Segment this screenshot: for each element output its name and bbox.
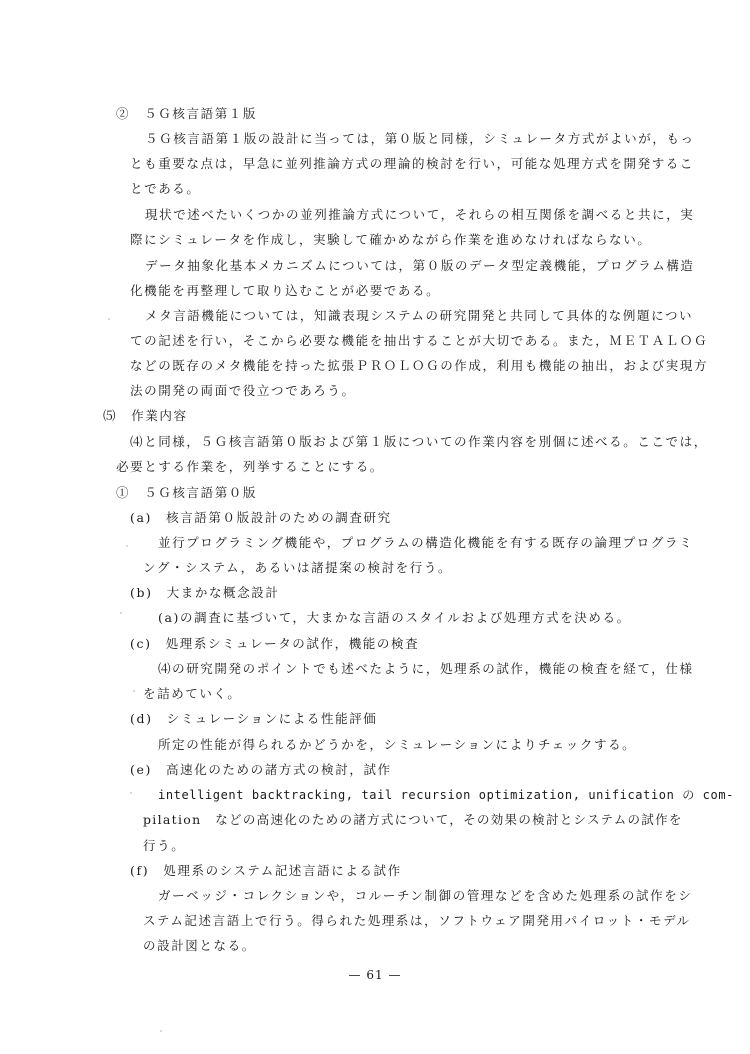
section-heading-work: ⑸ 作業内容 [103,408,188,424]
paragraph-line: ステム記述言語上で行う。得られた処理系は，ソフトウェア開発用パイロット・モデル [143,913,691,929]
scan-speck [126,545,128,547]
paragraph-line: データ抽象化基本メカニズムについては，第０版のデータ型定義機能，プログラム構造 [145,258,695,274]
paragraph-line: 現状で述べたいくつかの並列推論方式について，それらの相互関係を調べると共に，実 [145,207,694,223]
page-number: — 61 — [0,968,750,982]
paragraph-line: ⑷と同様，５Ｇ核言語第０版および第１版についての作業内容を別個に述べる。ここでは… [130,434,708,450]
item-heading-d: (d) シミュレーションによる性能評価 [130,711,377,727]
paragraph-line: を詰めていく。 [143,686,241,702]
paragraph-line: 行う。 [143,838,185,854]
paragraph-line: とも重要な点は，早急に並列推論方式の理論的検討を行い，可能な処理方式を開発するこ [130,156,694,172]
paragraph-line: 並行プログラミング機能や，プログラムの構造化機能を有する既存の論理プログラミ [158,535,693,551]
paragraph-line: ５Ｇ核言語第１版の設計に当っては，第０版と同様，シミュレータ方式がよいが，もっ [145,131,695,147]
paragraph-line: 法の開発の両面で役立つであろう。 [130,383,356,399]
paragraph-line: ング・システム，あるいは諸提案の検討を行う。 [143,560,452,576]
scan-speck [120,612,122,614]
paragraph-line: 化機能を再整理して取り込むことが必要である。 [130,283,440,299]
scan-speck [160,1030,162,1032]
item-heading-e: (e) 高速化のための諸方式の検討，試作 [130,762,392,778]
item-heading-c: (c) 処理系シミュレータの試作，機能の検査 [130,636,419,652]
paragraph-line: ガーベッジ・コレクションや，コルーチン制御の管理などを含めた処理系の試作をシ [158,888,692,904]
paragraph-line: ⑷の研究開発のポイントでも述べたように，処理系の試作，機能の検査を経て，仕様 [158,661,694,677]
paragraph-line: intelligent backtracking, tail recursion… [158,787,734,803]
paragraph-line: メタ言語機能については，知識表現システムの研究開発と共同して具体的な例題につい [145,308,693,324]
paragraph-line: ての記述を行い，そこから必要な機能を抽出することが大切である。また，ＭＥＴＡＬＯ… [130,333,708,349]
paragraph-line: (a)の調査に基づいて，大まかな言語のスタイルおよび処理方式を決める。 [158,610,631,626]
scan-speck [133,690,135,692]
paragraph-line: pilation などの高速化のための諸方式について，その効果の検討とシステムの… [143,812,683,828]
item-heading-f: (f) 処理系のシステム記述言語による試作 [130,863,402,879]
paragraph-line: などの既存のメタ機能を持った拡張ＰＲＯＬＯＧの作成，利用も機能の抽出，および実現… [130,358,708,374]
subsection-heading-5g-v0: ① ５Ｇ核言語第０版 [116,485,257,501]
paragraph-line: 所定の性能が得られるかどうかを，シミュレーションによりチェックする。 [158,737,636,753]
item-heading-b: (b) 大まかな概念設計 [130,585,279,601]
item-heading-a: (a) 核言語第０版設計のための調査研究 [130,510,392,526]
paragraph-line: とである。 [130,181,201,197]
subsection-heading-5g-v1: ② ５Ｇ核言語第１版 [116,106,257,122]
scan-speck [108,318,110,320]
paragraph-line: の設計図となる。 [143,938,256,954]
document-page: ② ５Ｇ核言語第１版 ５Ｇ核言語第１版の設計に当っては，第０版と同様，シミュレー… [0,0,750,1054]
paragraph-line: 必要とする作業を，列挙することにする。 [116,459,384,475]
scan-speck [130,792,132,794]
paragraph-line: 際にシミュレータを作成し，実験して確かめながら作業を進めなければならない。 [130,232,651,248]
